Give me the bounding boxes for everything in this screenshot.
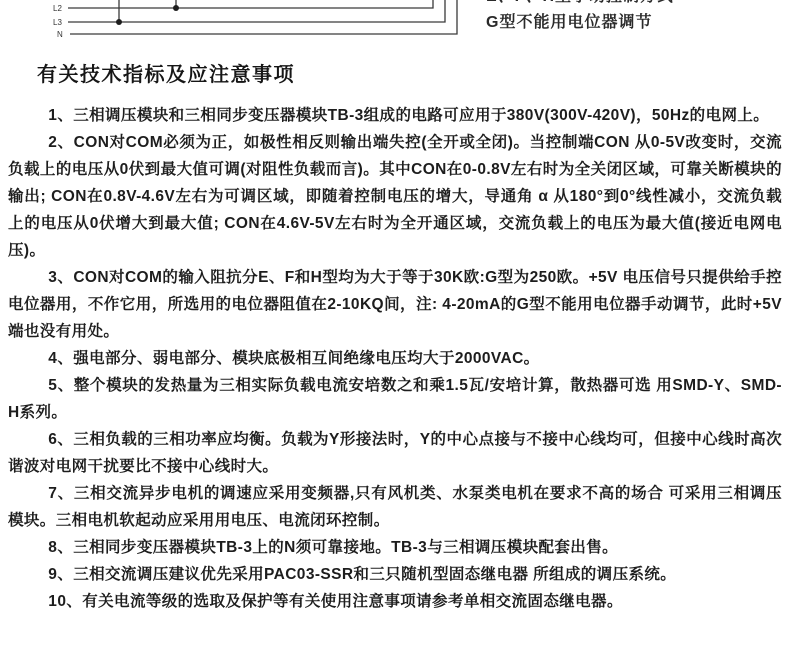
diagram-note-line-1: E、F、H型手动控制方式 [486, 0, 776, 6]
line-label-l2: L2 [53, 4, 62, 13]
junction-dot-l3 [116, 19, 122, 25]
note-item-1: 1、三相调压模块和三相同步变压器模块TB-3组成的电路可应用于380V(300V… [8, 102, 782, 129]
note-item-6: 6、三相负载的三相功率应均衡。负载为Y形接法时，Y的中心点接与不接中心线均可，但… [8, 426, 782, 480]
section-heading: 有关技术指标及应注意事项 [37, 58, 790, 87]
phase-line-l3 [68, 0, 445, 22]
technical-notes-list: 1、三相调压模块和三相同步变压器模块TB-3组成的电路可应用于380V(300V… [0, 102, 790, 615]
line-label-n: N [57, 30, 63, 39]
phase-line-l2 [68, 0, 433, 8]
junction-dot-l2 [173, 5, 179, 11]
neutral-line-n [70, 0, 457, 34]
note-item-9: 9、三相交流调压建议优先采用PAC03-SSR和三只随机型固态继电器 所组成的调… [8, 561, 782, 588]
note-item-10: 10、有关电流等级的选取及保护等有关使用注意事项请参考单相交流固态继电器。 [8, 588, 782, 615]
document-page: L2 L3 N E、F、H型手动控制方式 G型不能用电位器调节 有关技术指标及应… [0, 0, 790, 660]
note-item-3: 3、CON对COM的输入阻抗分E、F和H型均为大于等于30K欧:G型为250欧。… [8, 264, 782, 345]
diagram-note: E、F、H型手动控制方式 G型不能用电位器调节 [486, 0, 776, 34]
note-item-4: 4、强电部分、弱电部分、模块底极相互间绝缘电压均大于2000VAC。 [8, 345, 782, 372]
note-item-8: 8、三相同步变压器模块TB-3上的N须可靠接地。TB-3与三相调压模块配套出售。 [8, 534, 782, 561]
diagram-note-line-2: G型不能用电位器调节 [486, 13, 776, 32]
note-item-2: 2、CON对COM必须为正，如极性相反则输出端失控(全开或全闭)。当控制端CON… [8, 129, 782, 264]
note-item-7: 7、三相交流异步电机的调速应采用变频器,只有风机类、水泵类电机在要求不高的场合 … [8, 480, 782, 534]
note-item-5: 5、整个模块的发热量为三相实际负载电流安培数之和乘1.5瓦/安培计算，散热器可选… [8, 372, 782, 426]
line-label-l3: L3 [53, 18, 62, 27]
